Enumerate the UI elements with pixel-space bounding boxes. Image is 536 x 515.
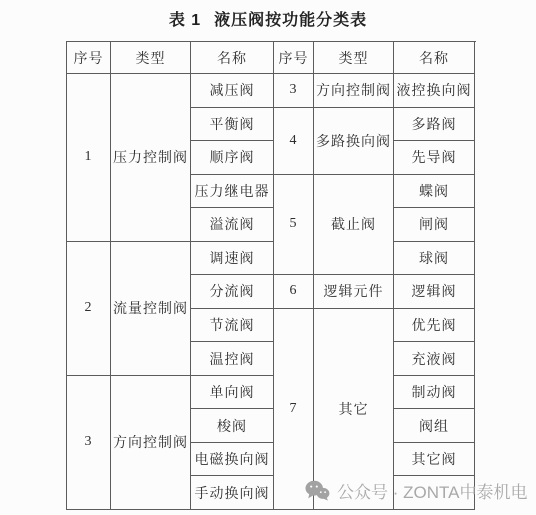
table-cell: 球阀 <box>394 242 475 276</box>
table-cell: 手动换向阀 <box>191 476 274 510</box>
table-cell: 制动阀 <box>394 376 475 410</box>
table-cell: 溢流阀 <box>191 208 274 242</box>
table-cell: 调速阀 <box>191 242 274 276</box>
table-cell: 温控阀 <box>191 342 274 376</box>
table-cell: 方向控制阀 <box>111 376 191 510</box>
header-cell: 名称 <box>394 42 475 74</box>
table-cell: 逻辑阀 <box>394 275 475 309</box>
header-cell: 序号 <box>274 42 314 74</box>
table-cell: 其它阀 <box>394 443 475 477</box>
table-cell: 闸阀 <box>394 208 475 242</box>
table-cell: 4 <box>274 108 314 175</box>
table-cell: 优先阀 <box>394 309 475 343</box>
table-cell: 3 <box>274 74 314 108</box>
header-cell: 名称 <box>191 42 274 74</box>
table-cell: 液控换向阀 <box>394 74 475 108</box>
table-cell: 3 <box>67 376 111 510</box>
table-cell: 阀组 <box>394 409 475 443</box>
table-cell: 2 <box>67 242 111 376</box>
table-cell: 充液阀 <box>394 342 475 376</box>
table-cell: 5 <box>274 175 314 276</box>
table-cell: 顺序阀 <box>191 141 274 175</box>
page-title-text: 液压阀按功能分类表 <box>214 12 367 29</box>
header-cell: 类型 <box>111 42 191 74</box>
table-cell: 单向阀 <box>191 376 274 410</box>
header-cell: 类型 <box>314 42 394 74</box>
table-cell: 方向控制阀 <box>314 74 394 108</box>
table-cell: 蝶阀 <box>394 175 475 209</box>
table-cell: 减压阀 <box>191 74 274 108</box>
watermark: 公众号 · ZONTA中泰机电 <box>305 477 527 504</box>
table-cell: 截止阀 <box>314 175 394 276</box>
table-cell: 电磁换向阀 <box>191 443 274 477</box>
table-cell: 先导阀 <box>394 141 475 175</box>
table-cell: 压力控制阀 <box>111 74 191 242</box>
table-cell: 6 <box>274 275 314 309</box>
table-cell: 梭阀 <box>191 409 274 443</box>
header-cell: 序号 <box>67 42 111 74</box>
valve-classification-table: 序号类型名称序号类型名称1压力控制阀减压阀平衡阀顺序阀压力继电器溢流阀2流量控制… <box>66 41 476 510</box>
table-cell: 平衡阀 <box>191 108 274 142</box>
table-cell: 多路换向阀 <box>314 108 394 175</box>
table-cell: 1 <box>67 74 111 242</box>
table-cell: 节流阀 <box>191 309 274 343</box>
table-cell: 多路阀 <box>394 108 475 142</box>
table-cell: 流量控制阀 <box>111 242 191 376</box>
table-number-label: 表 1 <box>169 12 201 29</box>
watermark-text: 公众号 · ZONTA中泰机电 <box>337 478 527 503</box>
table-cell: 分流阀 <box>191 275 274 309</box>
table-cell: 压力继电器 <box>191 175 274 209</box>
page-title: 表 1液压阀按功能分类表 <box>0 7 536 30</box>
wechat-icon <box>305 480 330 501</box>
table-cell: 逻辑元件 <box>314 275 394 309</box>
